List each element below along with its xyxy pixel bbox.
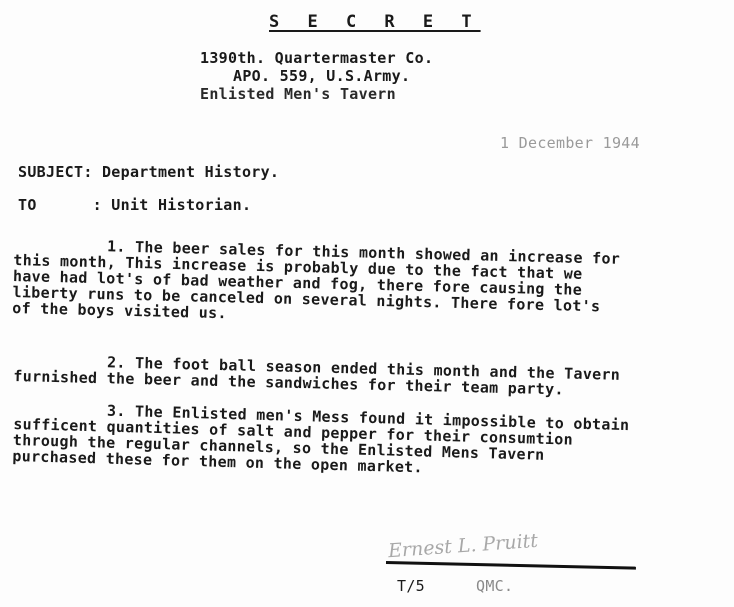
- classification-heading: S E C R E T: [269, 14, 481, 31]
- document-page: S E C R E T 1390th. Quartermaster Co. AP…: [0, 0, 734, 607]
- signer-unit: QMC.: [476, 578, 513, 595]
- paragraph-2: 2. The foot ball season ended this month…: [13, 352, 734, 402]
- to-line: TO : Unit Historian.: [18, 197, 251, 214]
- establishment-name: Enlisted Men's Tavern: [200, 86, 396, 103]
- handwritten-signature: Ernest L. Pruitt: [387, 530, 538, 562]
- subject-line: SUBJECT: Department History.: [18, 164, 279, 181]
- signer-rank: T/5: [397, 578, 425, 595]
- document-date: 1 December 1944: [500, 135, 640, 152]
- paragraph-1: 1. The beer sales for this month showed …: [12, 236, 734, 334]
- signature-line: [386, 561, 636, 570]
- apo-address: APO. 559, U.S.Army.: [233, 68, 410, 85]
- unit-name: 1390th. Quartermaster Co.: [200, 50, 433, 67]
- paragraph-3: 3. The Enlisted men's Mess found it impo…: [12, 400, 734, 484]
